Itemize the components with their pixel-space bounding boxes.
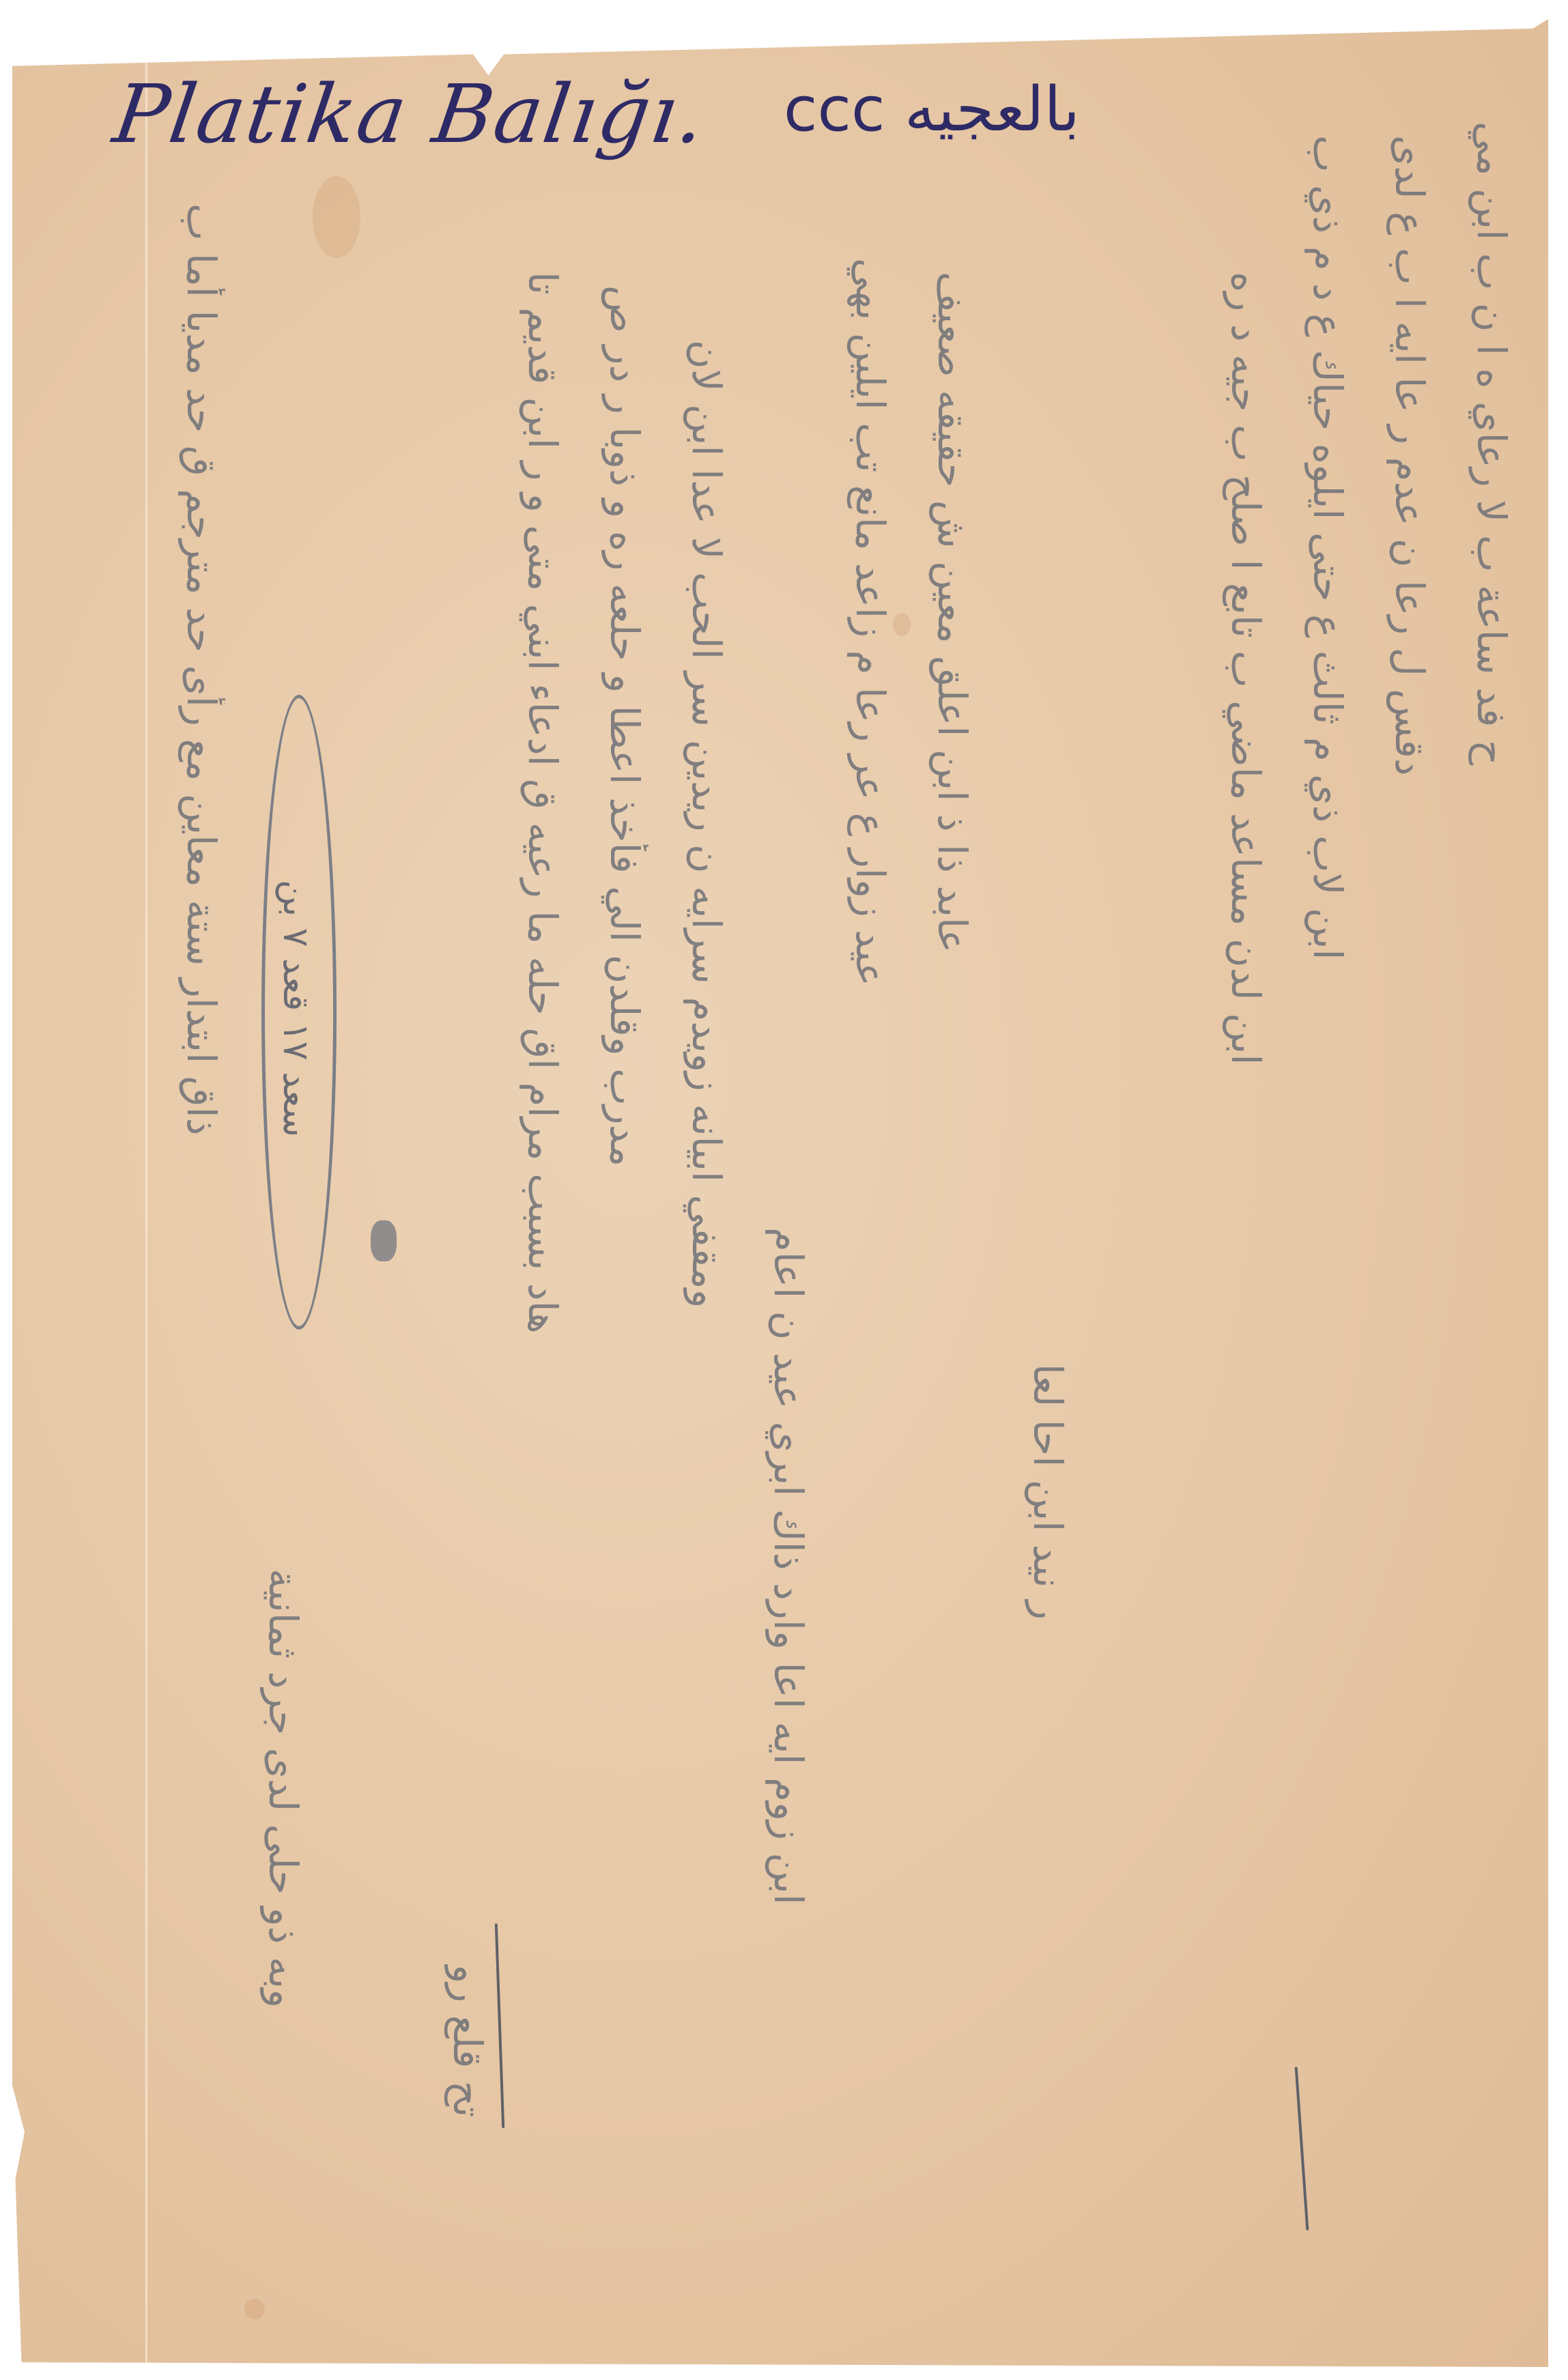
text-line: ابن زوم ايه اعا وارد ذاك ابري عيد ن اعام [765, 1227, 812, 2149]
text-line: مدرب وقلدن الي فأخذ اعطا و حلعه ره و ذوب… [601, 285, 648, 2162]
text-line: ومقفي ابيانه زويدم سرايه ن ريدين سر الحب… [683, 340, 730, 2149]
fold-line [145, 46, 147, 2367]
paper-stain [313, 176, 360, 258]
text-line: ر نيد ابن احا لعا [1024, 1364, 1072, 2114]
manuscript-page: Platika Balığı. بالعجيه ccc سعد ١٧ قعد ٧… [12, 19, 1548, 2367]
paper-stain [893, 613, 911, 636]
text-line: عابد ذا ذ ابن اعلق معين ش حقيقه صعيف [928, 272, 976, 1978]
page-title: Platika Balığı. [108, 67, 712, 161]
paper-stain [244, 2299, 265, 2319]
text-line: وبه ذو حلى لدى جرد ثمانية [259, 1568, 307, 2183]
arabic-heading-note: بالعجيه ccc [784, 74, 1080, 145]
heading-underline [495, 1923, 504, 2128]
pencil-blot [371, 1220, 397, 1261]
text-line: عيد زوار ع عر رعا م زاعد مانع تب ايلين ب… [846, 258, 894, 2135]
text-line: ابن لاب ذي م ثالث ع حتى ايلوه حياك ع د م… [1304, 135, 1352, 2217]
text-line: ذاق ابتدار ستة معاين مع رأى حد مترجم ق ح… [177, 203, 225, 1261]
circled-annotation-text: سعد ١٧ قعد ٧ بن [275, 736, 316, 1282]
text-line: ح فد ساعة ب لا رعاي ه ا ن ب ابن مي [1468, 121, 1515, 1930]
text-line: هاد بسبب مرام اق حله ما رعيه ق ادعاء ابن… [519, 272, 567, 2149]
text-line: دقس ل رعا ن عدم ر عا ايه ا ب ع لدى [1386, 135, 1434, 2183]
text-line: ابن لدن مساعد ماضي ب تابع ا صلح ب جيه د … [1222, 272, 1270, 2251]
text-line: تح قلع رو [444, 1964, 491, 2169]
